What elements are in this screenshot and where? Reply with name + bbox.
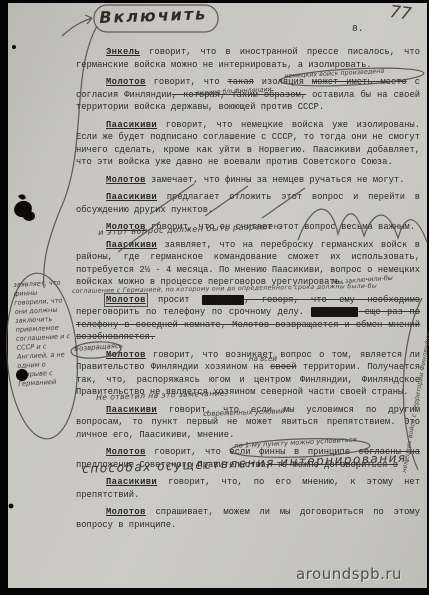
typed-text-segment: замечает, что финны за немцев ручаться н… [146,175,405,185]
typed-text-segment: такая [227,77,253,87]
typed-paragraph: Паасикиви предлагает отложить этот вопро… [76,191,420,216]
speaker-name: Молотов [106,175,146,185]
speaker-name: Паасикиви [106,192,157,202]
speaker-name: Молотов [106,447,146,457]
speaker-name: Паасикиви [106,477,157,487]
redacted-text: заняться [202,295,244,305]
speaker-name: Энкель [106,47,140,57]
speaker-name: Молотов [106,77,146,87]
handwritten-page-number: 77 [389,2,413,24]
typed-paragraph: Молотов просит заняться, говоря, что ему… [76,294,420,344]
typed-text-segment: может иметь место [312,77,407,87]
site-watermark: aroundspb.ru [296,565,402,583]
typed-text-segment: переговорить по телефону по срочному дел… [76,307,311,317]
speaker-name: Паасикиви [106,120,157,130]
speaker-name: Паасикиви [106,405,157,415]
speaker-name: Молотов [106,295,146,305]
typed-paragraph: Паасикиви говорит, что немецкие войска у… [76,119,420,169]
scanned-document-page: Энкель говорит, что в иностранной прессе… [0,0,429,595]
speaker-name: Паасикиви [106,240,157,250]
typed-text-segment: просит [146,295,202,305]
speaker-name: Молотов [106,350,146,360]
speaker-name: Молотов [106,507,146,517]
left-margin-note-circled: заявляет, что финны говорили, что они до… [13,278,77,389]
typed-paragraph: Паасикиви говорит, что, по его мнению, к… [76,476,420,501]
typed-page-number: 8. [352,23,363,34]
handwritten-title-circled: Включить [99,4,208,27]
typed-paragraph: Молотов говорит, что такая изоляция може… [76,76,420,114]
redacted-text: Поговорив [311,307,359,317]
typed-text-segment: , говоря, что ему необходимо [244,295,420,305]
typed-paragraph: Молотов спрашивает, можем ли мы договори… [76,506,420,531]
typed-text-segment: говорит, что [146,77,228,87]
handwritten-insertion-na-vsey: на всей [249,355,277,363]
typed-text-segment: своей [270,362,296,372]
typed-paragraph: Молотов замечает, что финны за немцев ру… [76,174,420,187]
